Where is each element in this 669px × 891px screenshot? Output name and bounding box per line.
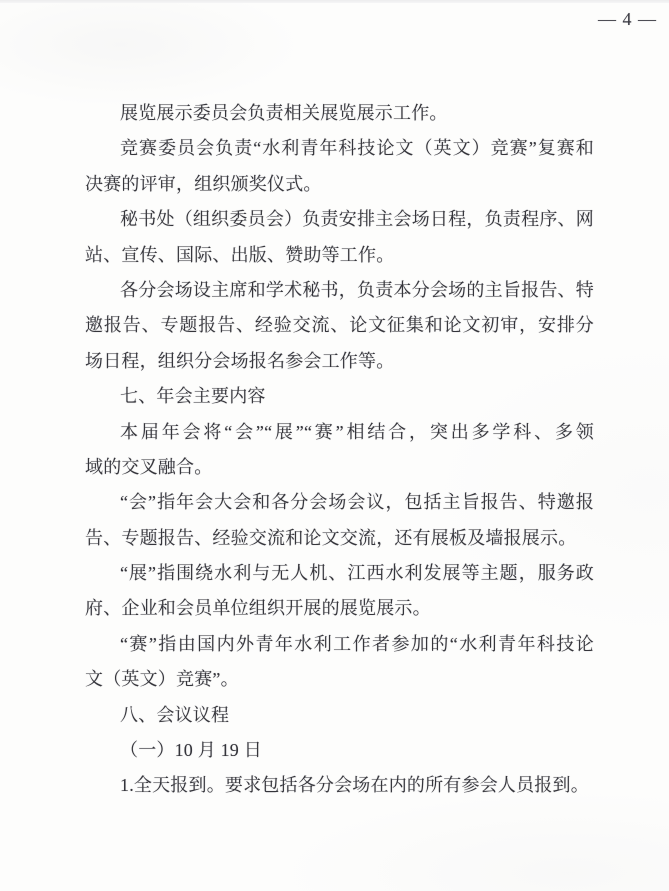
text-line: 展览展示委员会负责相关展览展示工作。 xyxy=(85,96,594,131)
text-line: 决赛的评审，组织颁奖仪式。 xyxy=(85,167,594,202)
document-body: 展览展示委员会负责相关展览展示工作。竞赛委员会负责“水利青年科技论文（英文）竞赛… xyxy=(85,96,594,804)
text-line: 邀报告、专题报告、经验交流、论文征集和论文初审，安排分会 xyxy=(85,308,594,343)
text-line: 府、企业和会员单位组织开展的展览展示。 xyxy=(85,591,594,626)
text-line: 八、会议议程 xyxy=(85,698,594,733)
text-line: 秘书处（组织委员会）负责安排主会场日程，负责程序、网 xyxy=(85,202,594,237)
text-line: 1.全天报到。要求包括各分会场在内的所有参会人员报到。 xyxy=(85,768,594,803)
page-number: — 4 — xyxy=(0,7,669,31)
text-line: 站、宣传、国际、出版、赞助等工作。 xyxy=(85,238,594,273)
text-line: 竞赛委员会负责“水利青年科技论文（英文）竞赛”复赛和 xyxy=(85,131,594,166)
text-line: 各分会场设主席和学术秘书，负责本分会场的主旨报告、特 xyxy=(85,273,594,308)
text-line: 文（英文）竞赛”。 xyxy=(85,662,594,697)
text-line: 告、专题报告、经验交流和论文交流，还有展板及墙报展示。 xyxy=(85,521,594,556)
text-line: 七、年会主要内容 xyxy=(85,379,594,414)
text-line: “赛”指由国内外青年水利工作者参加的“水利青年科技论 xyxy=(85,627,594,662)
text-line: “会”指年会大会和各分会场会议，包括主旨报告、特邀报 xyxy=(85,485,594,520)
text-line: 域的交叉融合。 xyxy=(85,450,594,485)
scanned-document-page: 展览展示委员会负责相关展览展示工作。竞赛委员会负责“水利青年科技论文（英文）竞赛… xyxy=(0,0,669,891)
text-line: “展”指围绕水利与无人机、江西水利发展等主题，服务政 xyxy=(85,556,594,591)
text-line: 本届年会将“会”“展”“赛”相结合，突出多学科、多领 xyxy=(85,415,594,450)
text-line: 场日程，组织分会场报名参会工作等。 xyxy=(85,344,594,379)
text-line: （一）10 月 19 日 xyxy=(85,733,594,768)
